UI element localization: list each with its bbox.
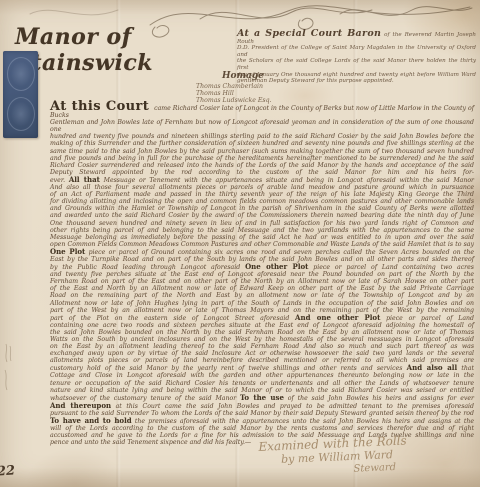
- manuscript-line: Messuage belonging as immediately before…: [50, 234, 474, 241]
- manuscript-line: hundred and twenty five pounds and ninet…: [50, 133, 474, 140]
- manuscript-line: part of the Plot on the eastern side of …: [50, 314, 474, 322]
- manuscript-line: and twenty five perches situate at the E…: [50, 271, 474, 278]
- stamp-emboss-top: [7, 57, 35, 91]
- manuscript-line: open Common Fields Common Meadows Common…: [50, 241, 474, 248]
- manuscript-line: whatsoever of the customary tenure of th…: [50, 394, 474, 402]
- body-text: At this Court came Richard Cosier late o…: [50, 103, 474, 446]
- manuscript-line: Gentleman and John Bowles late of Fernha…: [50, 119, 474, 133]
- manuscript-line: Richard Cosier surrendered and released …: [50, 162, 474, 169]
- manuscript-line: same time paid to the said John Bowles b…: [50, 148, 474, 155]
- manuscript-line: the said John Bowles bounded on the Nort…: [50, 329, 474, 336]
- opening-line: D.D. President of the College of Saint M…: [237, 45, 476, 58]
- manuscript-line: Road on the remaining part of the North …: [50, 292, 474, 299]
- manuscript-line: At this Court came Richard Cosier late o…: [50, 103, 474, 119]
- manuscript-line: and Grounds within the Hamlet or Townshi…: [50, 205, 474, 212]
- manuscript-line: other rights being parcel of and belongi…: [50, 227, 474, 234]
- page-number: 22: [0, 463, 16, 479]
- manuscript-line: One thousand seven hundred and ninety se…: [50, 220, 474, 227]
- signature-line: Steward: [353, 459, 443, 476]
- pencil-marginalia: [2, 342, 16, 394]
- manuscript-line: And also all those four several allotmen…: [50, 184, 474, 191]
- manuscript-line: Allotment now or late of John Hughes lyi…: [50, 300, 474, 307]
- document-title: Manor of Stainswick: [15, 24, 240, 76]
- manuscript-line: ever. All that Messuage or Tenement with…: [50, 176, 474, 184]
- manuscript-line: Watts on the South by ancient inclosures…: [50, 336, 474, 343]
- manuscript-line: tenure or occupation of the said Richard…: [50, 380, 474, 387]
- manuscript-line: Fernham Road on part of the East and on …: [50, 278, 474, 285]
- manuscript-line: One Plot piece or parcel of Ground conta…: [50, 248, 474, 256]
- stamp-emboss-bottom: [7, 97, 35, 131]
- homage-heading: Homage: [222, 71, 346, 81]
- manuscript-line: Cottage and Close in Longcot aforesaid w…: [50, 372, 474, 379]
- manuscript-page: Manor of Stainswick At a Special Court B…: [0, 0, 480, 487]
- manuscript-line: customary hold of the said Manor by the …: [50, 364, 474, 372]
- homage-name: Thomas Chamberlain: [196, 83, 346, 90]
- opening-line: At a Special Court Baron of the Reverend…: [237, 31, 476, 45]
- manuscript-line: part of the West by an allotment now or …: [50, 307, 474, 314]
- manuscript-line: for dividing allotting and inclosing the…: [50, 198, 474, 205]
- manuscript-line: on the East by an allotment leading ther…: [50, 343, 474, 350]
- manuscript-line: of the East and North by an Allotment no…: [50, 285, 474, 292]
- manuscript-line: by the Public Road leading through Longc…: [50, 263, 474, 271]
- signature-block: Examined with the Rollsby me William War…: [252, 433, 444, 480]
- blue-revenue-stamp: [3, 51, 38, 138]
- manuscript-line: and awarded unto the said Richard Cosier…: [50, 212, 474, 219]
- manuscript-line: exchanged away upon or by virtue of the …: [50, 350, 474, 357]
- manuscript-line: To have and to hold the premises aforesa…: [50, 417, 474, 425]
- manuscript-line: of an Act of Parliament made and passed …: [50, 191, 474, 198]
- homage-names: Thomas ChamberlainThomas HillThomas Luds…: [196, 83, 346, 104]
- manuscript-line: will of the Lords according to the custo…: [50, 425, 474, 432]
- manuscript-line: And thereupon at this Court came the sai…: [50, 402, 474, 410]
- manuscript-line: Deputy Steward appointed by the rod acco…: [50, 169, 474, 176]
- homage-section: Homage Thomas ChamberlainThomas HillThom…: [196, 71, 346, 104]
- opening-line: the Scholars of the said College Lords o…: [237, 58, 476, 71]
- manuscript-line: and five pounds and being in full for th…: [50, 155, 474, 162]
- manuscript-line: containing one acre two roods and sixtee…: [50, 322, 474, 329]
- manuscript-line: making of this Surrender and the further…: [50, 140, 474, 147]
- homage-name: Thomas Hill: [196, 90, 346, 97]
